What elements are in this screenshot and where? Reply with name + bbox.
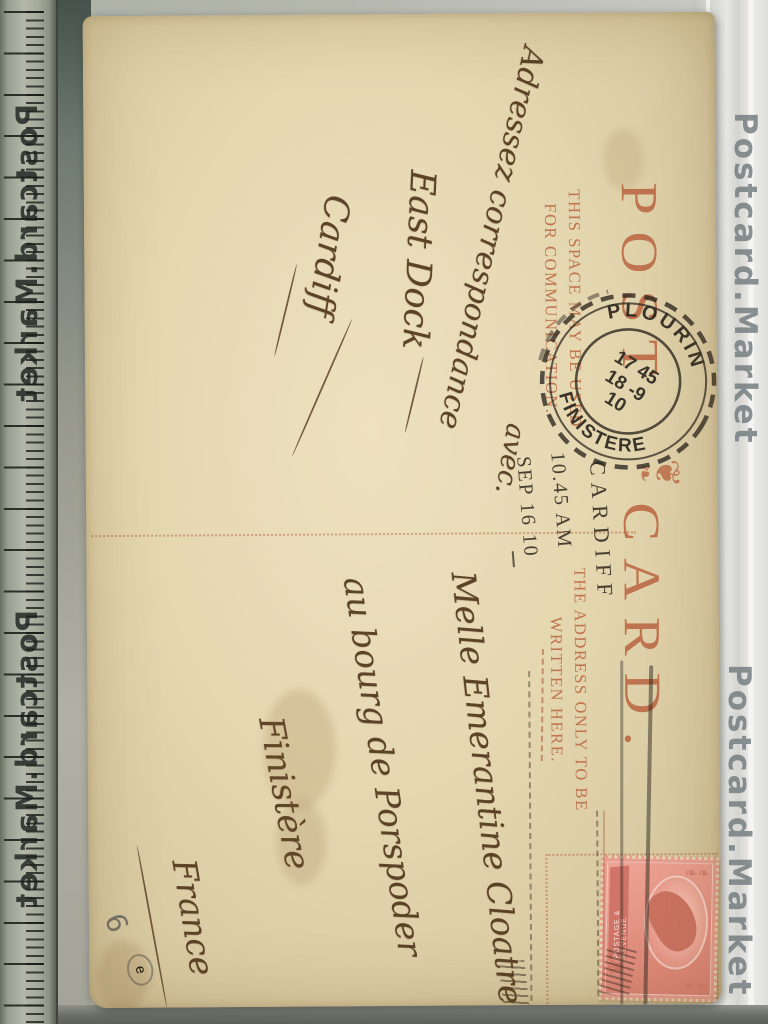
address-line: France xyxy=(164,856,222,978)
printed-underline xyxy=(541,649,544,761)
address-note: THE ADDRESS ONLY TO BE WRITTEN HERE. xyxy=(545,556,595,824)
watermark-ruler-bottom: Postcard.Market xyxy=(10,610,44,910)
address-line: Melle Emerantine Cloatre xyxy=(444,569,531,1006)
printed-rule xyxy=(602,811,605,986)
watermark-right-bottom: Postcard.Market xyxy=(721,664,757,998)
pen-flourish xyxy=(404,357,424,433)
printed-dashed-line xyxy=(528,671,532,1008)
watermark-ruler-top: Postcard.Market xyxy=(10,104,44,404)
postcard: POSTAGE & REVENUE ♛ ❧❧ ❧❧ POST CARD. ❦ ❧… xyxy=(83,12,722,1008)
stain xyxy=(276,801,327,885)
pen-flourish xyxy=(291,318,353,456)
watermark-right-top: Postcard.Market xyxy=(727,112,763,446)
ruler: Postcard.Market Postcard.Market xyxy=(0,0,58,1024)
printed-dashed-line xyxy=(596,811,599,996)
stain xyxy=(263,688,336,808)
address-line: au bourg de Porspoder xyxy=(336,574,431,959)
pencil-number: 6 xyxy=(98,909,135,937)
postcard-photo: Postcard.Market Postcard.Market POSTAGE … xyxy=(0,0,768,1024)
address-note-line1: THE ADDRESS ONLY TO BE xyxy=(569,556,591,824)
transit-mark-underline xyxy=(512,551,515,567)
postcard-content-rotated: POST CARD. ❦ ❧ THIS SPACE MAY BE USED FO… xyxy=(83,12,722,1008)
message-line: East Dock xyxy=(394,169,442,350)
cancel-line xyxy=(620,660,623,1004)
message-line: Cardiff xyxy=(299,192,357,319)
stain xyxy=(603,128,643,190)
stain xyxy=(97,940,150,1008)
pen-flourish xyxy=(273,264,297,357)
address-note-line2: WRITTEN HERE. xyxy=(545,556,567,824)
